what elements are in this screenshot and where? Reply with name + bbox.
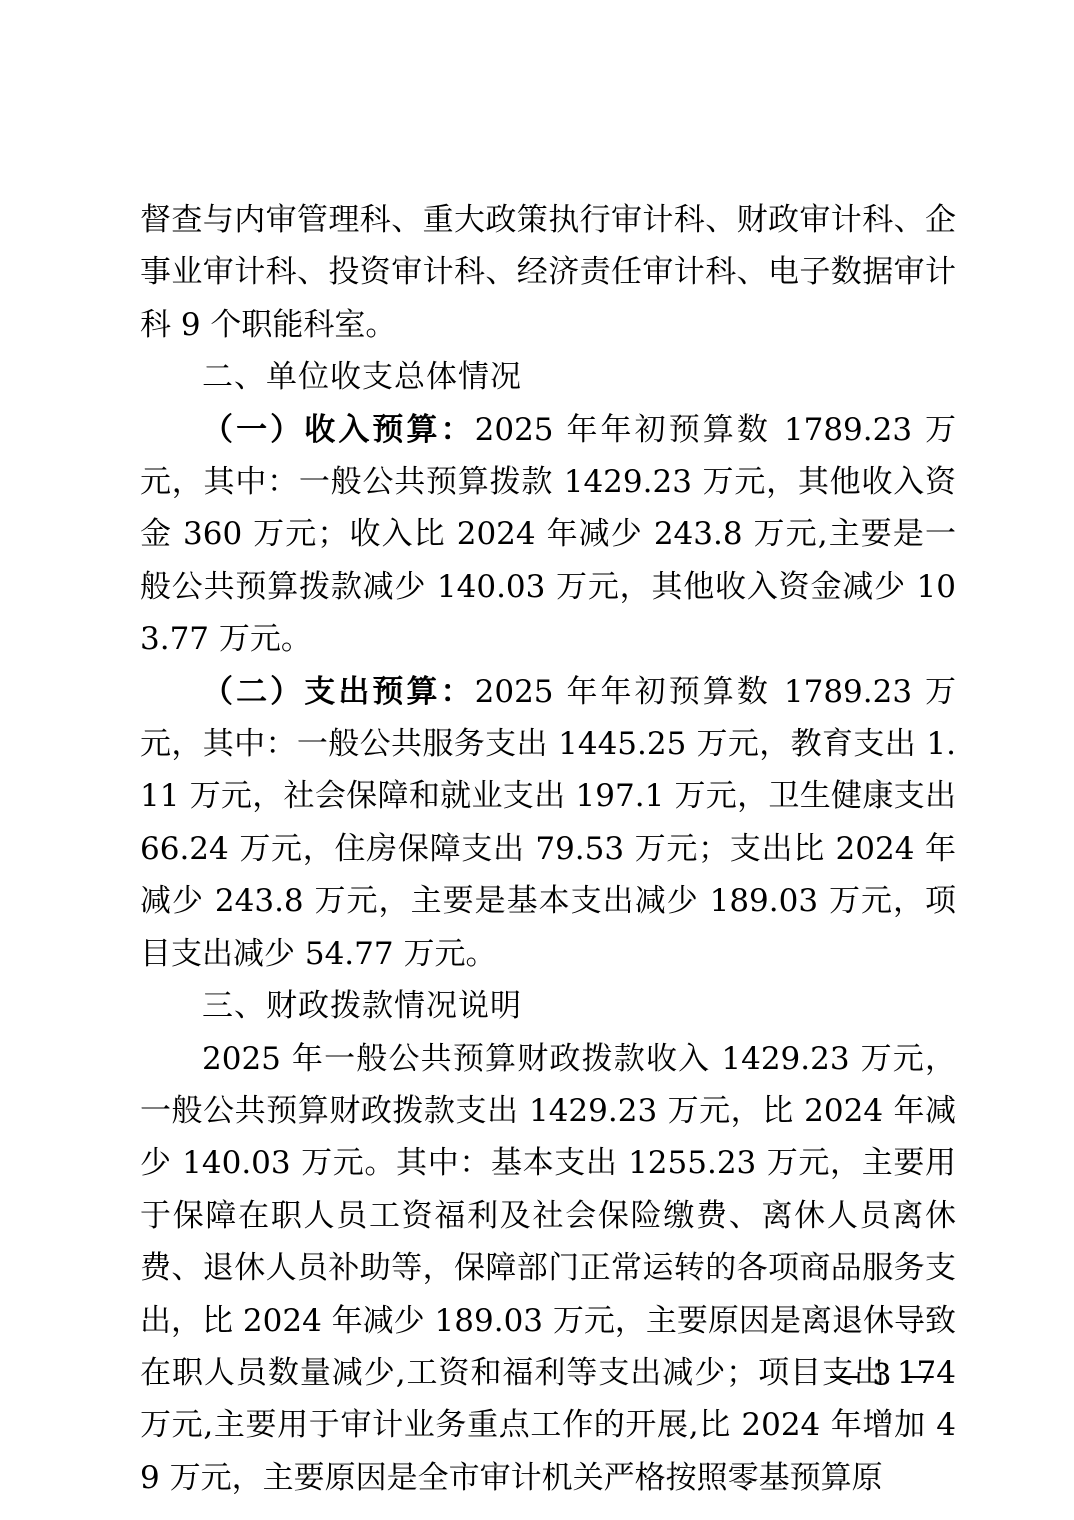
section-heading-revenue-expenditure-overview: 二、单位收支总体情况 bbox=[140, 351, 956, 403]
page-number: — 3 — bbox=[829, 1350, 937, 1402]
section-heading-fiscal-appropriation: 三、财政拨款情况说明 bbox=[140, 980, 956, 1032]
paragraph-fiscal-appropriation: 2025 年一般公共预算财政拨款收入 1429.23 万元，一般公共预算财政拨款… bbox=[140, 1033, 956, 1505]
paragraph-expense-budget: （二）支出预算：2025 年年初预算数 1789.23 万元，其中：一般公共服务… bbox=[140, 666, 956, 980]
document-body: 督查与内审管理科、重大政策执行审计科、财政审计科、企事业审计科、投资审计科、经济… bbox=[140, 194, 956, 1504]
expense-budget-text: 2025 年年初预算数 1789.23 万元，其中：一般公共服务支出 1445.… bbox=[140, 674, 956, 972]
paragraph-income-budget: （一）收入预算：2025 年年初预算数 1789.23 万元，其中：一般公共预算… bbox=[140, 404, 956, 666]
income-budget-text: 2025 年年初预算数 1789.23 万元，其中：一般公共预算拨款 1429.… bbox=[140, 412, 956, 658]
expense-budget-lead-in: （二）支出预算： bbox=[202, 674, 475, 710]
income-budget-lead-in: （一）收入预算： bbox=[202, 412, 475, 448]
paragraph-functional-offices: 督查与内审管理科、重大政策执行审计科、财政审计科、企事业审计科、投资审计科、经济… bbox=[140, 194, 956, 351]
